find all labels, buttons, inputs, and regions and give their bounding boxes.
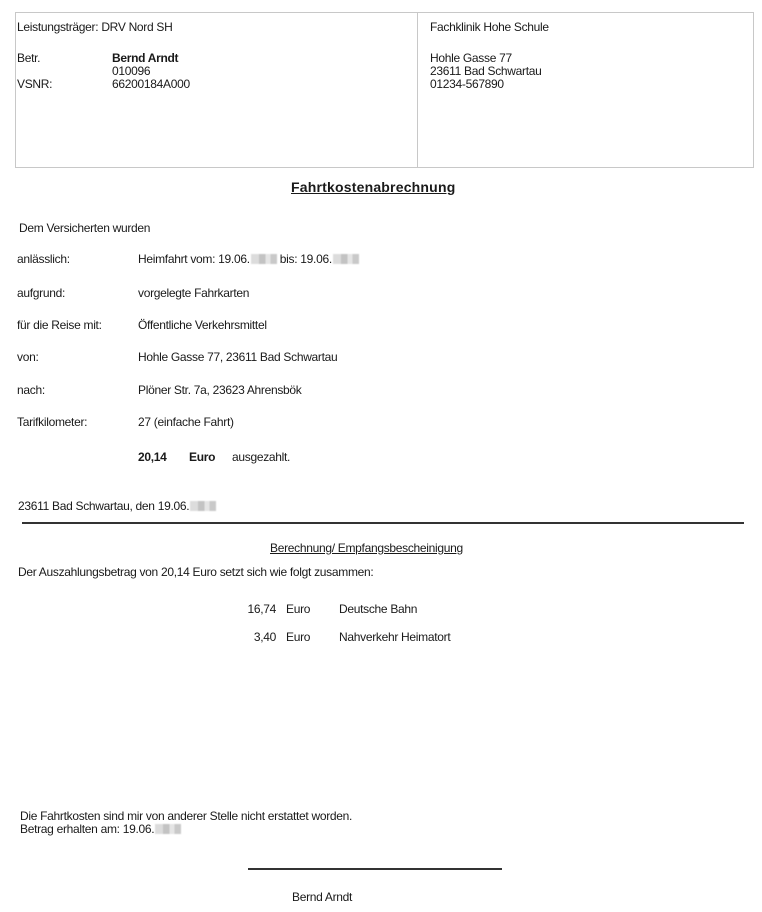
clinic-phone: 01234-567890 (430, 78, 504, 91)
field-value-to: Plöner Str. 7a, 23623 Ahrensbök (138, 384, 302, 397)
item-amount: 16,74 (226, 603, 276, 616)
payout-currency: Euro (189, 451, 215, 464)
field-value-from: Hohle Gasse 77, 23611 Bad Schwartau (138, 351, 337, 364)
field-label-reason: aufgrund: (17, 287, 65, 300)
item-amount: 3,40 (226, 631, 276, 644)
item-description: Nahverkehr Heimatort (339, 631, 450, 644)
item-currency: Euro (286, 631, 310, 644)
item-description: Deutsche Bahn (339, 603, 417, 616)
field-label-to: nach: (17, 384, 45, 397)
carrier-value: DRV Nord SH (101, 20, 172, 34)
receipt-date: Betrag erhalten am: 19.06. (20, 823, 181, 836)
field-value-transport: Öffentliche Verkehrsmittel (138, 319, 267, 332)
receipt-date-text: Betrag erhalten am: 19.06. (20, 822, 154, 836)
vsnr-label: VSNR: (17, 78, 52, 91)
field-label-transport: für die Reise mit: (17, 319, 102, 332)
signature-line (248, 868, 502, 870)
subject-label: Betr. (17, 52, 40, 65)
place-date: 23611 Bad Schwartau, den 19.06. (18, 500, 216, 513)
payout-status: ausgezahlt. (232, 451, 290, 464)
section-separator (22, 522, 744, 524)
field-label-distance: Tarifkilometer: (17, 416, 87, 429)
field-value-occasion: Heimfahrt vom: 19.06. bis: 19.06. (138, 253, 359, 266)
document-title: Fahrtkostenabrechnung (291, 181, 455, 194)
carrier-line: Leistungsträger: DRV Nord SH (17, 21, 172, 34)
place-date-text: 23611 Bad Schwartau, den 19.06. (18, 499, 189, 513)
occasion-from-text: Heimfahrt vom: 19.06. (138, 252, 250, 266)
redacted-year (155, 824, 181, 834)
redacted-year (333, 254, 359, 264)
redacted-year (251, 254, 277, 264)
redacted-year (190, 501, 216, 511)
header-divider (417, 12, 418, 168)
vsnr-value: 66200184A000 (112, 78, 190, 91)
calculation-heading: Berechnung/ Empfangsbescheinigung (270, 542, 463, 555)
field-label-occasion: anlässlich: (17, 253, 70, 266)
carrier-label: Leistungsträger: (17, 20, 98, 34)
clinic-name: Fachklinik Hohe Schule (430, 21, 549, 34)
field-value-reason: vorgelegte Fahrkarten (138, 287, 249, 300)
field-label-from: von: (17, 351, 38, 364)
signature-name: Bernd Arndt (292, 891, 352, 904)
occasion-to-text: bis: 19.06. (277, 252, 332, 266)
intro-text: Dem Versicherten wurden (19, 222, 150, 235)
field-value-distance: 27 (einfache Fahrt) (138, 416, 234, 429)
item-currency: Euro (286, 603, 310, 616)
calculation-summary: Der Auszahlungsbetrag von 20,14 Euro set… (18, 566, 373, 579)
payout-amount: 20,14 (138, 451, 167, 464)
